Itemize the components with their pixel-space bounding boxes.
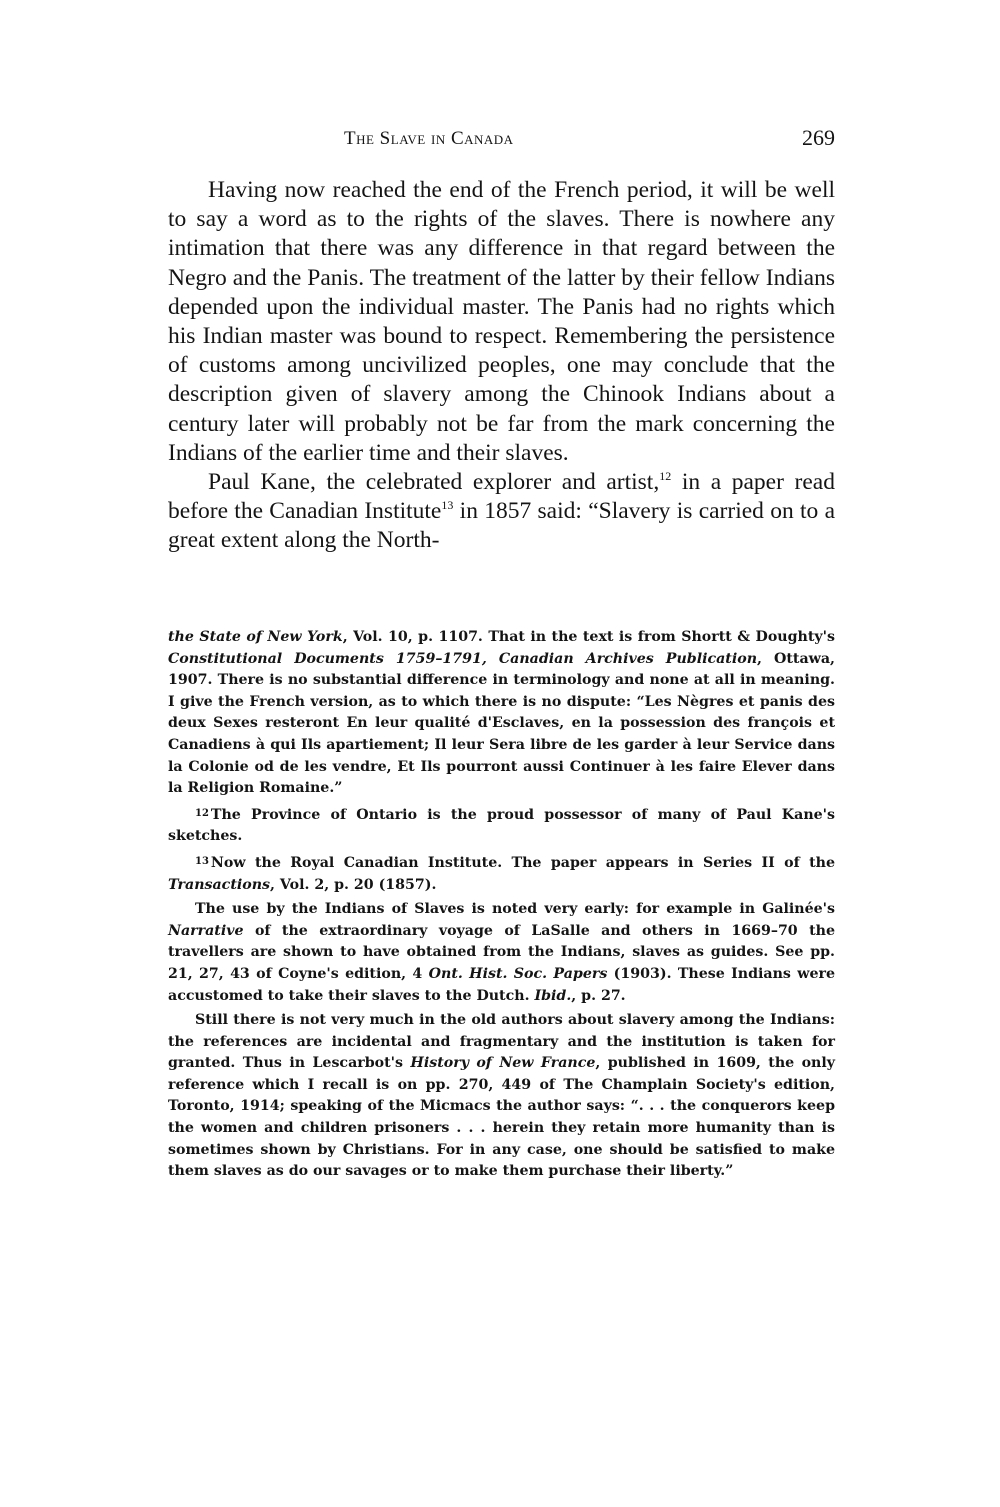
page-number: 269 <box>802 125 835 151</box>
citation-title: Ont. Hist. Soc. Papers <box>429 966 608 982</box>
footnote-13-paragraph-2: The use by the Indians of Slaves is note… <box>168 899 835 1007</box>
footnote-text: , p. 27. <box>571 988 625 1004</box>
body-paragraph-2: Paul Kane, the celebrated explorer and a… <box>168 468 835 556</box>
citation-title: Transactions <box>168 877 270 893</box>
footnote-ref-12[interactable]: 12 <box>659 469 671 483</box>
footnote-12: 12The Province of Ontario is the proud p… <box>168 803 835 848</box>
footnote-13-paragraph-3: Still there is not very much in the old … <box>168 1010 835 1183</box>
citation-title: Narrative <box>168 923 244 939</box>
footnote-text: The Province of Ontario is the proud pos… <box>168 807 835 845</box>
citation-title: Constitutional Documents 1759–1791, Cana… <box>168 651 757 667</box>
body-paragraph-2-part-1: Paul Kane, the celebrated explorer and a… <box>208 469 659 495</box>
footnote-text: , Vol. 2, p. 20 (1857). <box>270 877 436 893</box>
citation-abbrev: Ibid. <box>534 988 571 1004</box>
citation-title: History of New France <box>410 1055 595 1071</box>
footnote-13: 13Now the Royal Canadian Institute. The … <box>168 851 835 896</box>
running-head-title: The Slave in Canada <box>344 128 514 150</box>
citation-title: the State of New York <box>168 629 343 645</box>
footnote-text: , Vol. 10, p. 1107. That in the text is … <box>343 629 835 645</box>
body-paragraph-1: Having now reached the end of the French… <box>168 176 835 468</box>
footnote-text: The use by the Indians of Slaves is note… <box>195 901 835 917</box>
footnote-text: Now the Royal Canadian Institute. The pa… <box>211 855 835 871</box>
footnote-marker-13: 13 <box>195 856 209 867</box>
main-text: Having now reached the end of the French… <box>168 176 835 556</box>
footnote-ref-13[interactable]: 13 <box>441 498 453 512</box>
footnote-text: , Ottawa, 1907. There is no substantial … <box>168 651 835 797</box>
running-head: The Slave in Canada 269 <box>168 128 835 158</box>
footnote-text: , published in 1609, the only reference … <box>168 1055 835 1179</box>
footnote-continuation: the State of New York, Vol. 10, p. 1107.… <box>168 627 835 800</box>
footnote-marker-12: 12 <box>195 808 209 819</box>
footnotes: the State of New York, Vol. 10, p. 1107.… <box>168 627 835 1186</box>
